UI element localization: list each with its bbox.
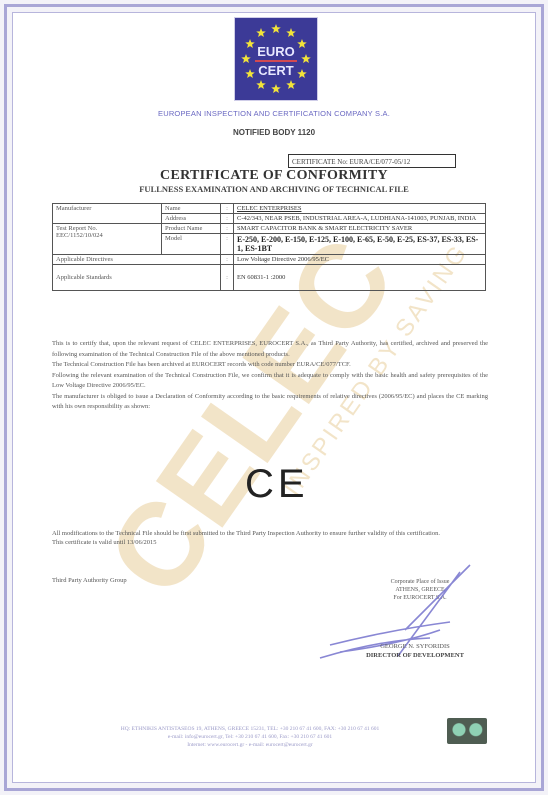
- signatory: GEORGE N. SYFORIDIS DIRECTOR OF DEVELOPM…: [340, 642, 490, 660]
- model-value: E-250, E-200, E-150, E-125, E-100, E-65,…: [234, 234, 486, 255]
- authority-group: Third Party Authority Group: [52, 577, 127, 584]
- logo-text-cert: CERT: [235, 63, 317, 78]
- certificate-subtitle: FULLNESS EXAMINATION AND ARCHIVING OF TE…: [0, 184, 548, 194]
- eurocert-logo: EURO CERT: [234, 17, 318, 101]
- product-name-value: SMART CAPACITOR BANK & SMART ELECTRICITY…: [234, 224, 486, 234]
- logo-text-euro: EURO: [235, 44, 317, 59]
- certificate-body: This is to certify that, upon the releva…: [52, 339, 488, 413]
- colon: :: [221, 234, 234, 255]
- name-label: Name: [162, 204, 221, 214]
- name-value: CELEC ENTERPRISES: [234, 204, 486, 214]
- colon: :: [221, 255, 234, 265]
- signatory-role: DIRECTOR OF DEVELOPMENT: [340, 651, 490, 660]
- certificate-title: CERTIFICATE OF CONFORMITY: [0, 168, 548, 184]
- address-value: C-42/343, NEAR PSEB, INDUSTRIAL AREA-A, …: [234, 214, 486, 224]
- colon: :: [221, 265, 234, 291]
- body-paragraph: Following the relevant examination of th…: [52, 371, 488, 392]
- directives-value: Low Voltage Directive 2006/95/EC: [234, 255, 486, 265]
- directives-label: Applicable Directives: [53, 255, 221, 265]
- logo-divider: [255, 60, 297, 62]
- certificate-details-table: Manufacturer Name : CELEC ENTERPRISES Ad…: [52, 203, 486, 291]
- modification-note: All modifications to the Technical File …: [52, 530, 482, 539]
- colon: :: [221, 204, 234, 214]
- test-report-label: Test Report No.: [56, 225, 158, 232]
- hologram-seal-icon: [447, 718, 487, 744]
- company-name: EUROPEAN INSPECTION AND CERTIFICATION CO…: [0, 109, 548, 118]
- notified-body: NOTIFIED BODY 1120: [0, 128, 548, 137]
- closing-notes: All modifications to the Technical File …: [52, 530, 482, 547]
- test-report-value: EEC/1152/10/024: [56, 232, 158, 239]
- body-paragraph: The manufacturer is obliged to issue a D…: [52, 392, 488, 413]
- colon: :: [221, 214, 234, 224]
- validity-note: This certificate is valid until 13/06/20…: [52, 539, 482, 548]
- ce-mark-icon: CE: [245, 462, 309, 507]
- footer-contact: HQ: ETHNIKIS ANTISTASEOS 19, ATHENS, GRE…: [60, 725, 440, 749]
- standards-label: Applicable Standards: [53, 265, 221, 291]
- signatory-name: GEORGE N. SYFORIDIS: [340, 642, 490, 651]
- footer-line: e-mail: info@eurocert.gr, Tel: +30 210 6…: [60, 733, 440, 741]
- manufacturer-label: Manufacturer: [53, 204, 162, 224]
- eu-stars-icon: [235, 18, 317, 100]
- certificate-number: CERTIFICATE No: EURA/CE/077-05/12: [288, 154, 456, 168]
- address-label: Address: [162, 214, 221, 224]
- footer-line: HQ: ETHNIKIS ANTISTASEOS 19, ATHENS, GRE…: [60, 725, 440, 733]
- footer-line: Internet: www.eurocert.gr - e-mail: euro…: [60, 741, 440, 749]
- body-paragraph: This is to certify that, upon the releva…: [52, 339, 488, 360]
- model-label: Model: [162, 234, 221, 255]
- product-name-label: Product Name: [162, 224, 221, 234]
- standards-value: EN 60831-1 :2000: [234, 265, 486, 291]
- test-report-cell: Test Report No. EEC/1152/10/024: [53, 224, 162, 255]
- colon: :: [221, 224, 234, 234]
- body-paragraph: The Technical Construction File has been…: [52, 360, 488, 371]
